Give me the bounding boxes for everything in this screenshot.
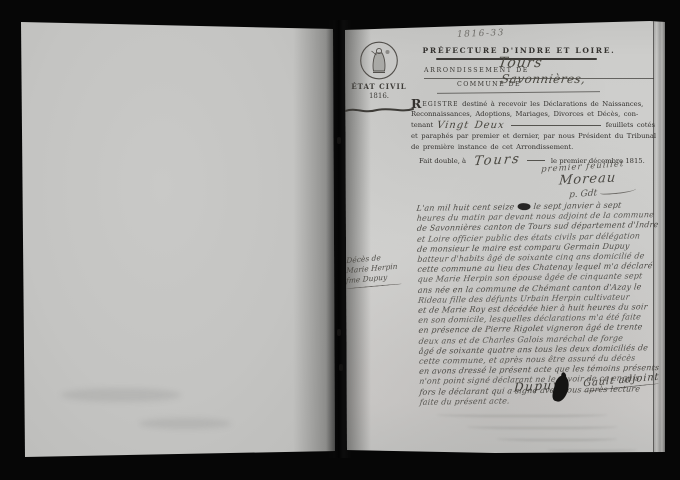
notice-line: Reconnaissances, Adoptions, Mariages, Di… [411, 109, 655, 120]
left-blank-page [21, 20, 335, 458]
notice-line: de première instance de cet Arrondisseme… [411, 142, 655, 153]
contenant-handwritten: Vingt Deux [437, 120, 506, 131]
place-handwritten: Tours [473, 152, 522, 170]
leader-line [527, 160, 545, 161]
show-through-mark [547, 446, 637, 452]
page-smudge [139, 418, 231, 429]
moreau-signature: Moreau [558, 170, 616, 188]
binding-thread [339, 364, 343, 371]
register-scan: ÉTAT CIVIL 1816. 1816-33 PRÉFECTURE D'IN… [0, 0, 680, 480]
arrondissement-value: Tours [497, 55, 544, 71]
binding-thread [337, 137, 341, 144]
notice-paragraph: REGISTRE destiné à recevoir les Déclarat… [411, 98, 655, 153]
notice-line: tenant Vingt Deux feuillets cotés [411, 120, 655, 131]
margin-note: Décès de Marie Herpin fme Dupuy [346, 250, 418, 289]
notice-line: et paraphés par premier et dernier, par … [411, 131, 655, 142]
leader-line [511, 125, 601, 126]
show-through-mark [497, 435, 617, 441]
notice-line: REGISTRE destiné à recevoir les Déclarat… [411, 98, 655, 109]
prefecture-title: PRÉFECTURE D'INDRE ET LOIRE. [413, 46, 625, 55]
register-page: ÉTAT CIVIL 1816. 1816-33 PRÉFECTURE D'IN… [345, 21, 665, 455]
etat-civil-stamp: ÉTAT CIVIL 1816. [339, 40, 419, 119]
stamp-flourish [339, 100, 419, 119]
show-through-mark [437, 411, 607, 417]
commune-value: Savonnières, [500, 72, 587, 86]
page-smudge [61, 388, 181, 402]
show-through-mark [467, 423, 617, 429]
archival-note: 1816-33 [457, 28, 505, 40]
fore-edge [653, 21, 665, 455]
moreau-paraph: p. Gdt [569, 186, 637, 201]
stamp-year: 1816. [339, 92, 419, 100]
stamp-title: ÉTAT CIVIL [339, 82, 419, 91]
stamp-figure-icon [359, 40, 399, 81]
ink-blot [517, 202, 531, 211]
binding-thread [337, 329, 341, 336]
commune-rule [437, 91, 600, 94]
